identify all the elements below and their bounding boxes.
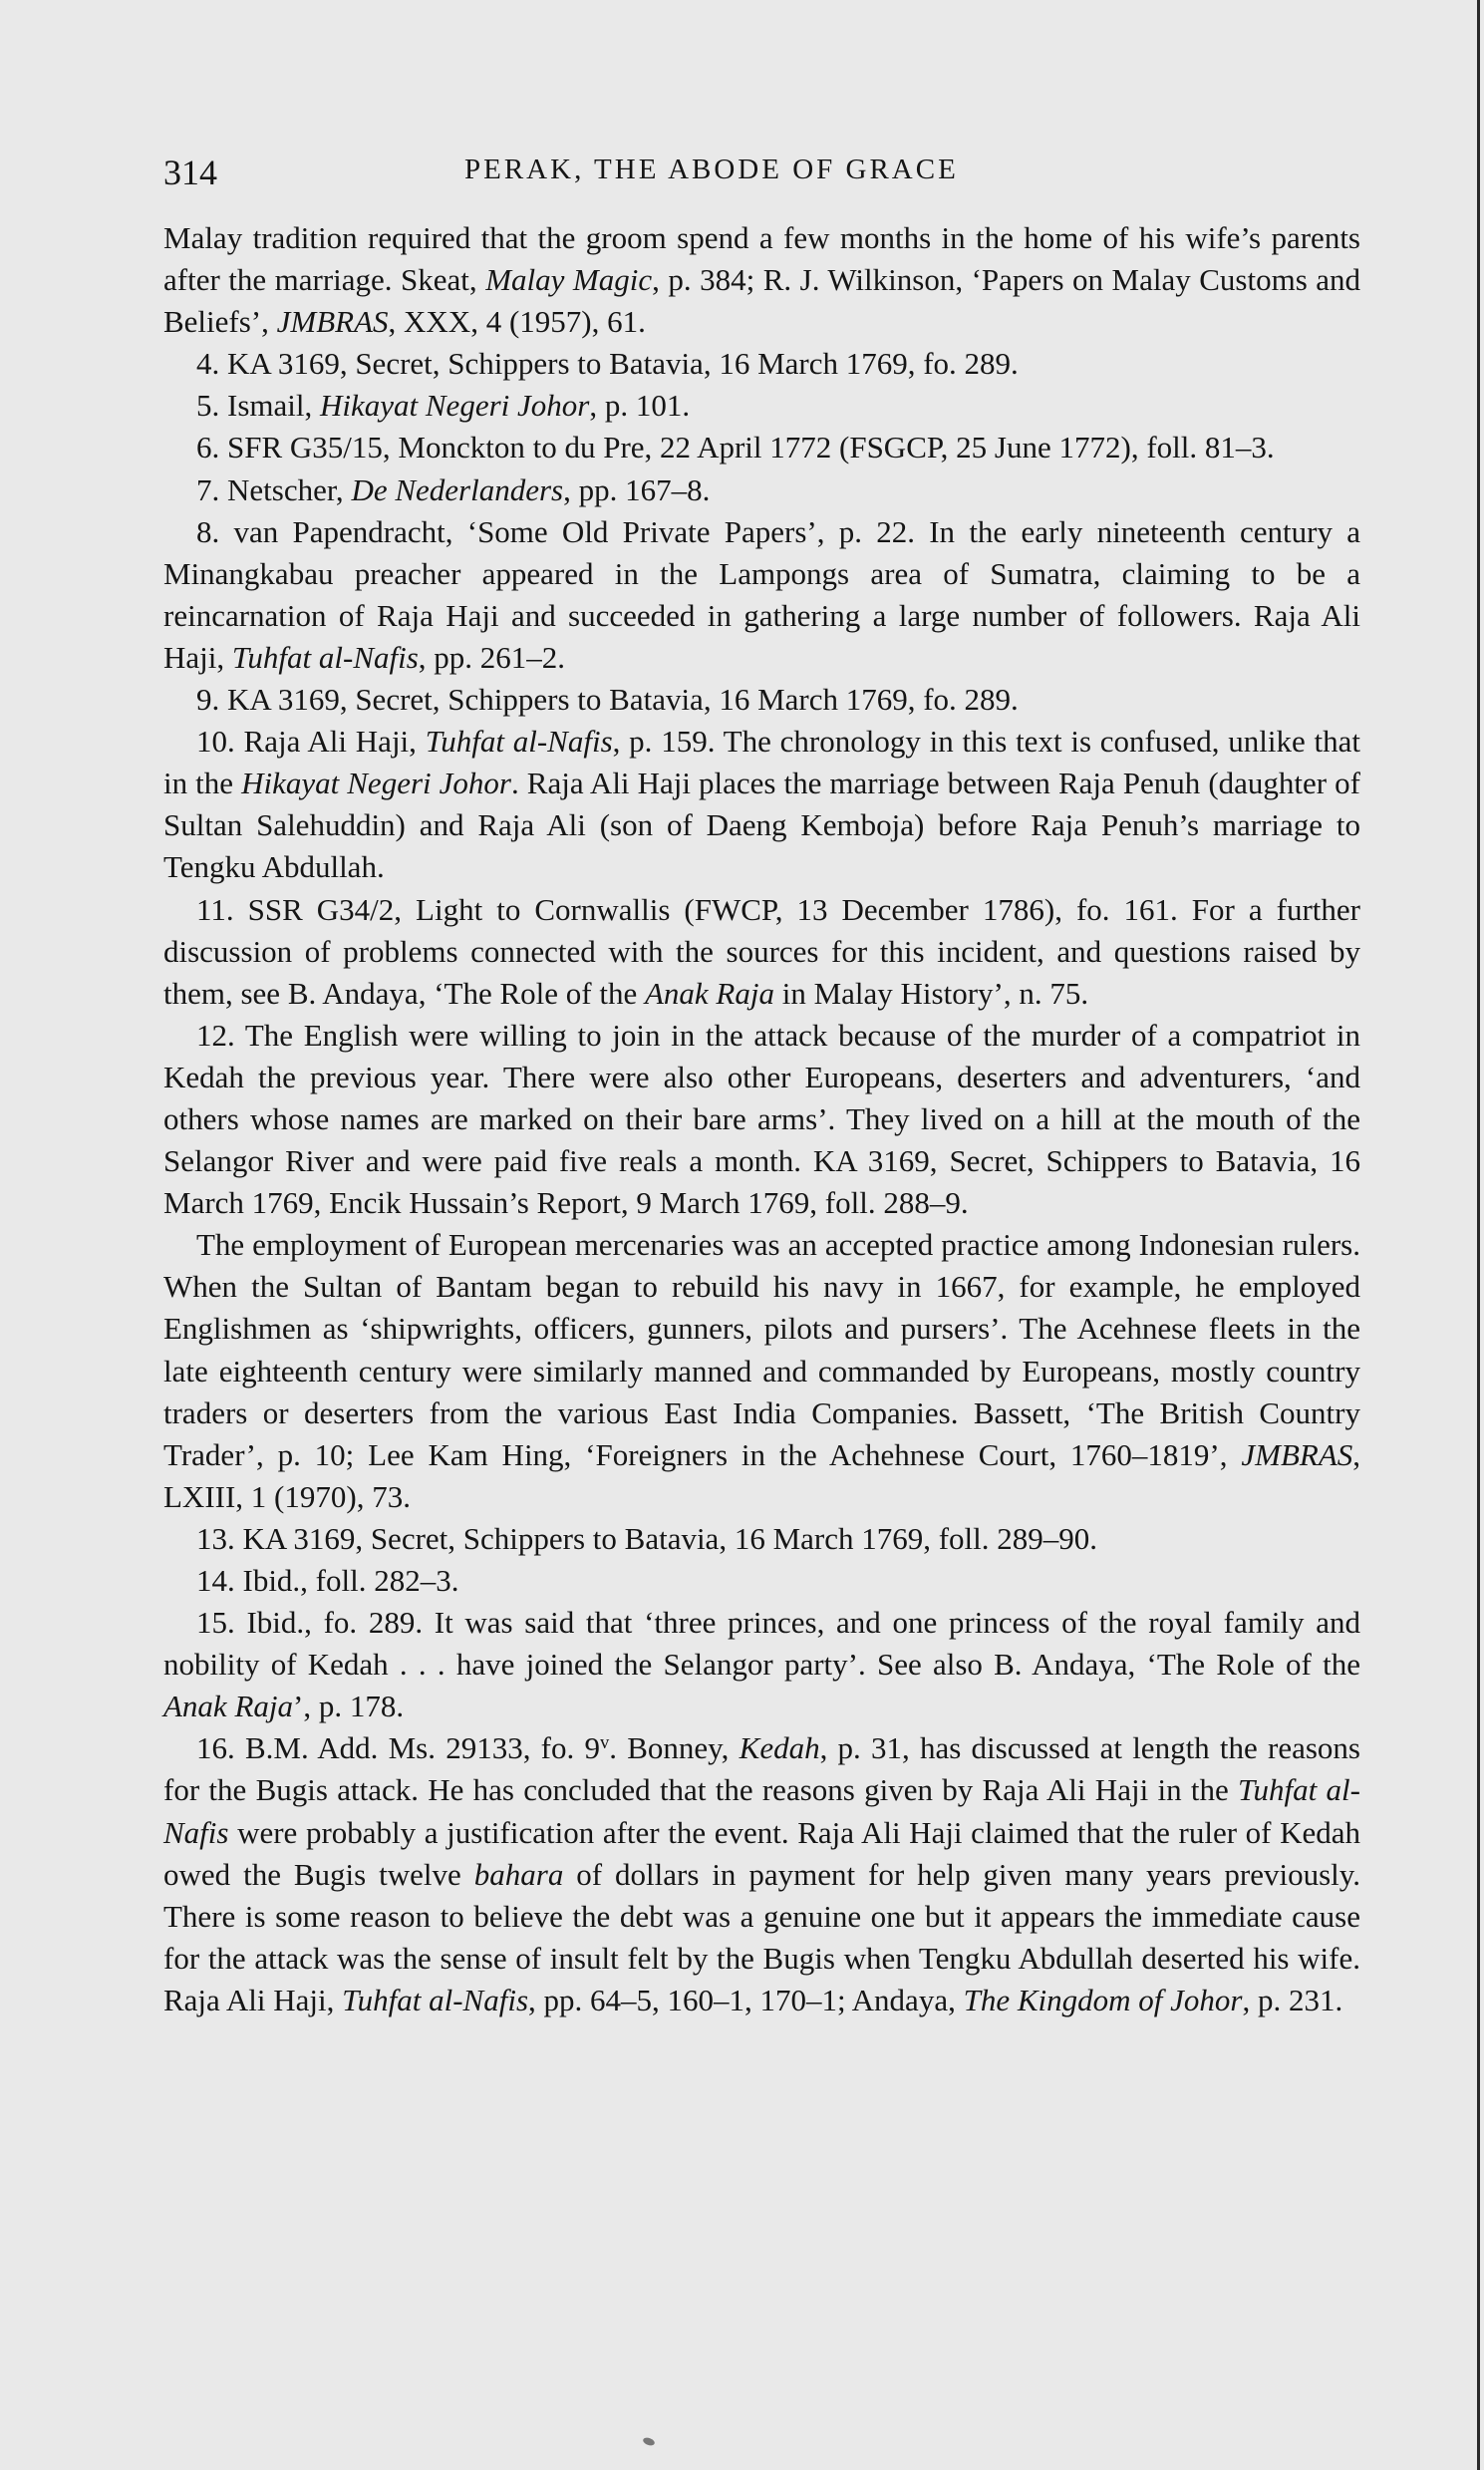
note-text: , pp. 261–2. — [419, 640, 565, 675]
italic-title: Hikayat Negeri Johor — [320, 388, 589, 423]
italic-title: JMBRAS — [1241, 1437, 1352, 1472]
note-text: . Bonney, — [609, 1730, 739, 1765]
note-14: 14. Ibid., foll. 282–3. — [163, 1560, 1360, 1602]
note-text: 5. Ismail, — [196, 388, 320, 423]
italic-title: bahara — [474, 1857, 564, 1892]
note-text: in Malay History’, n. 75. — [774, 976, 1088, 1011]
note-6: 6. SFR G35/15, Monckton to du Pre, 22 Ap… — [163, 427, 1360, 468]
note-text: 12. The English were willing to join in … — [163, 1018, 1360, 1220]
italic-title: Tuhfat al-Nafis — [342, 1983, 528, 2017]
note-text: , XXX, 4 (1957), 61. — [389, 304, 646, 339]
italic-title: Anak Raja — [163, 1689, 293, 1723]
running-head: 314 PERAK, THE ABODE OF GRACE — [163, 152, 1359, 195]
note-continuation: Malay tradition required that the groom … — [163, 217, 1360, 343]
note-text: 14. Ibid., foll. 282–3. — [196, 1563, 459, 1598]
running-title: PERAK, THE ABODE OF GRACE — [464, 154, 959, 186]
note-text: , pp. 167–8. — [563, 472, 710, 507]
note-text: 9. KA 3169, Secret, Schippers to Batavia… — [196, 682, 1019, 717]
note-7: 7. Netscher, De Nederlanders, pp. 167–8. — [163, 469, 1360, 511]
italic-title: Kedah — [740, 1730, 820, 1765]
note-15: 15. Ibid., fo. 289. It was said that ‘th… — [163, 1602, 1360, 1727]
note-12-paragraph-2: The employment of European mercenaries w… — [163, 1224, 1360, 1518]
italic-title: Tuhfat al-Nafis — [426, 724, 613, 759]
italic-title: Hikayat Negeri Johor — [241, 766, 511, 800]
print-speck — [642, 2436, 656, 2447]
italic-title: De Nederlanders — [351, 472, 563, 507]
note-text: , pp. 64–5, 160–1, 170–1; Andaya, — [528, 1983, 964, 2017]
note-text: 4. KA 3169, Secret, Schippers to Batavia… — [196, 346, 1019, 381]
italic-title: Tuhfat al-Nafis — [232, 640, 419, 675]
note-9: 9. KA 3169, Secret, Schippers to Batavia… — [163, 679, 1360, 721]
superscript: v — [600, 1732, 609, 1753]
note-text: 15. Ibid., fo. 289. It was said that ‘th… — [163, 1605, 1360, 1682]
note-12: 12. The English were willing to join in … — [163, 1015, 1360, 1224]
note-16: 16. B.M. Add. Ms. 29133, fo. 9v. Bonney,… — [163, 1727, 1360, 2021]
note-4: 4. KA 3169, Secret, Schippers to Batavia… — [163, 343, 1360, 385]
italic-title: JMBRAS — [277, 304, 389, 339]
note-text: ’, p. 178. — [293, 1689, 404, 1723]
note-11: 11. SSR G34/2, Light to Cornwallis (FWCP… — [163, 889, 1360, 1015]
note-text: The employment of European mercenaries w… — [163, 1227, 1360, 1471]
italic-title: The Kingdom of Johor — [964, 1983, 1243, 2017]
note-text: 7. Netscher, — [196, 472, 351, 507]
endnotes-body: Malay tradition required that the groom … — [163, 217, 1360, 2021]
note-10: 10. Raja Ali Haji, Tuhfat al-Nafis, p. 1… — [163, 721, 1360, 888]
page-number: 314 — [163, 152, 217, 193]
italic-title: Malay Magic — [485, 262, 652, 297]
note-text: , p. 101. — [589, 388, 690, 423]
note-8: 8. van Papendracht, ‘Some Old Private Pa… — [163, 511, 1360, 679]
note-text: , p. 231. — [1242, 1983, 1342, 2017]
page-edge — [1477, 0, 1480, 2470]
note-text: 13. KA 3169, Secret, Schippers to Batavi… — [196, 1521, 1097, 1556]
note-text: 16. B.M. Add. Ms. 29133, fo. 9 — [196, 1730, 600, 1765]
note-text: 6. SFR G35/15, Monckton to du Pre, 22 Ap… — [196, 430, 1275, 464]
note-text: 10. Raja Ali Haji, — [196, 724, 426, 759]
italic-title: Anak Raja — [645, 976, 774, 1011]
note-13: 13. KA 3169, Secret, Schippers to Batavi… — [163, 1518, 1360, 1560]
note-5: 5. Ismail, Hikayat Negeri Johor, p. 101. — [163, 385, 1360, 427]
